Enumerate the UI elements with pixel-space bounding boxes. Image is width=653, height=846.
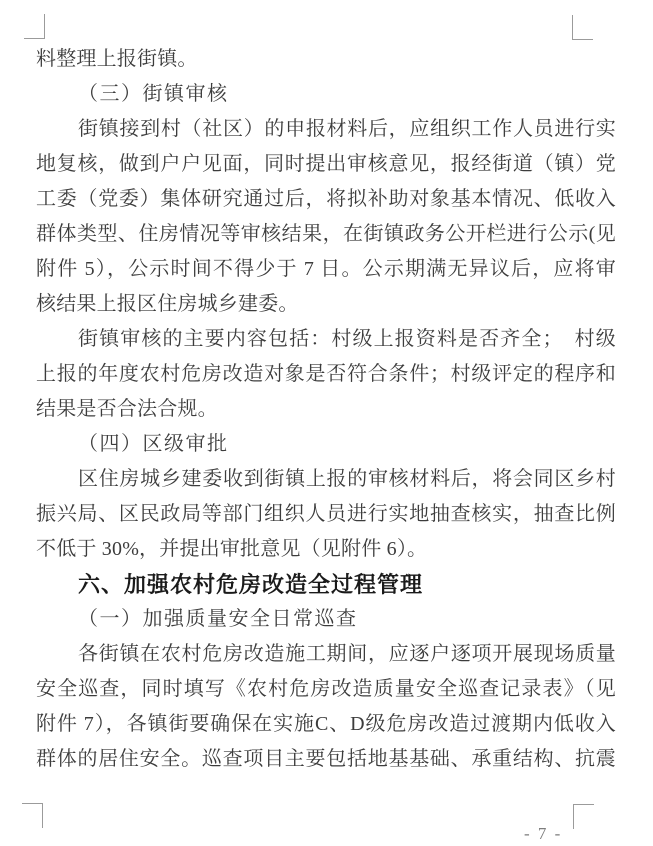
subsection-heading: （四）区级审批	[36, 427, 616, 462]
document-page: 料整理上报街镇。（三）街镇审核街镇接到村（社区）的申报材料后，应组织工作人员进行…	[0, 0, 653, 846]
document-lines: 料整理上报街镇。（三）街镇审核街镇接到村（社区）的申报材料后，应组织工作人员进行…	[36, 42, 616, 777]
crop-mark-top-left	[24, 14, 45, 39]
section-heading: 六、加强农村危房改造全过程管理	[36, 567, 616, 602]
document-line: 群体类型、住房情况等审核结果，在街镇政务公开栏进行公示(见	[36, 217, 616, 252]
crop-mark-bottom-left	[22, 803, 43, 828]
document-line: 振兴局、区民政局等部门组织人员进行实地抽查核实，抽查比例	[36, 497, 616, 532]
document-line: 工委（党委）集体研究通过后，将拟补助对象基本情况、低收入	[36, 182, 616, 217]
document-line: 群体的居住安全。巡查项目主要包括地基基础、承重结构、抗震	[36, 742, 616, 777]
document-line: 上报的年度农村危房改造对象是否符合条件；村级评定的程序和	[36, 357, 616, 392]
crop-mark-top-right	[572, 15, 593, 40]
document-line: 区住房城乡建委收到街镇上报的审核材料后，将会同区乡村	[36, 462, 616, 497]
subsection-heading: （一）加强质量安全日常巡查	[36, 602, 616, 637]
document-line: 街镇审核的主要内容包括：村级上报资料是否齐全； 村级	[36, 322, 616, 357]
document-line: 街镇接到村（社区）的申报材料后，应组织工作人员进行实	[36, 112, 616, 147]
document-line: 各街镇在农村危房改造施工期间，应逐户逐项开展现场质量	[36, 637, 616, 672]
subsection-heading: （三）街镇审核	[36, 77, 616, 112]
document-line: 附件 7），各镇街要确保在实施C、D级危房改造过渡期内低收入	[36, 707, 616, 742]
page-number: - 7 -	[524, 824, 584, 844]
document-line: 结果是否合法合规。	[36, 392, 616, 427]
document-line: 核结果上报区住房城乡建委。	[36, 287, 616, 322]
document-line: 安全巡查，同时填写《农村危房改造质量安全巡查记录表》（见	[36, 672, 616, 707]
document-line: 附件 5），公示时间不得少于 7 日。公示期满无异议后，应将审	[36, 252, 616, 287]
document-line: 地复核，做到户户见面，同时提出审核意见，报经街道（镇）党	[36, 147, 616, 182]
document-line: 料整理上报街镇。	[36, 42, 616, 77]
document-line: 不低于 30%，并提出审批意见（见附件 6）。	[36, 532, 616, 567]
